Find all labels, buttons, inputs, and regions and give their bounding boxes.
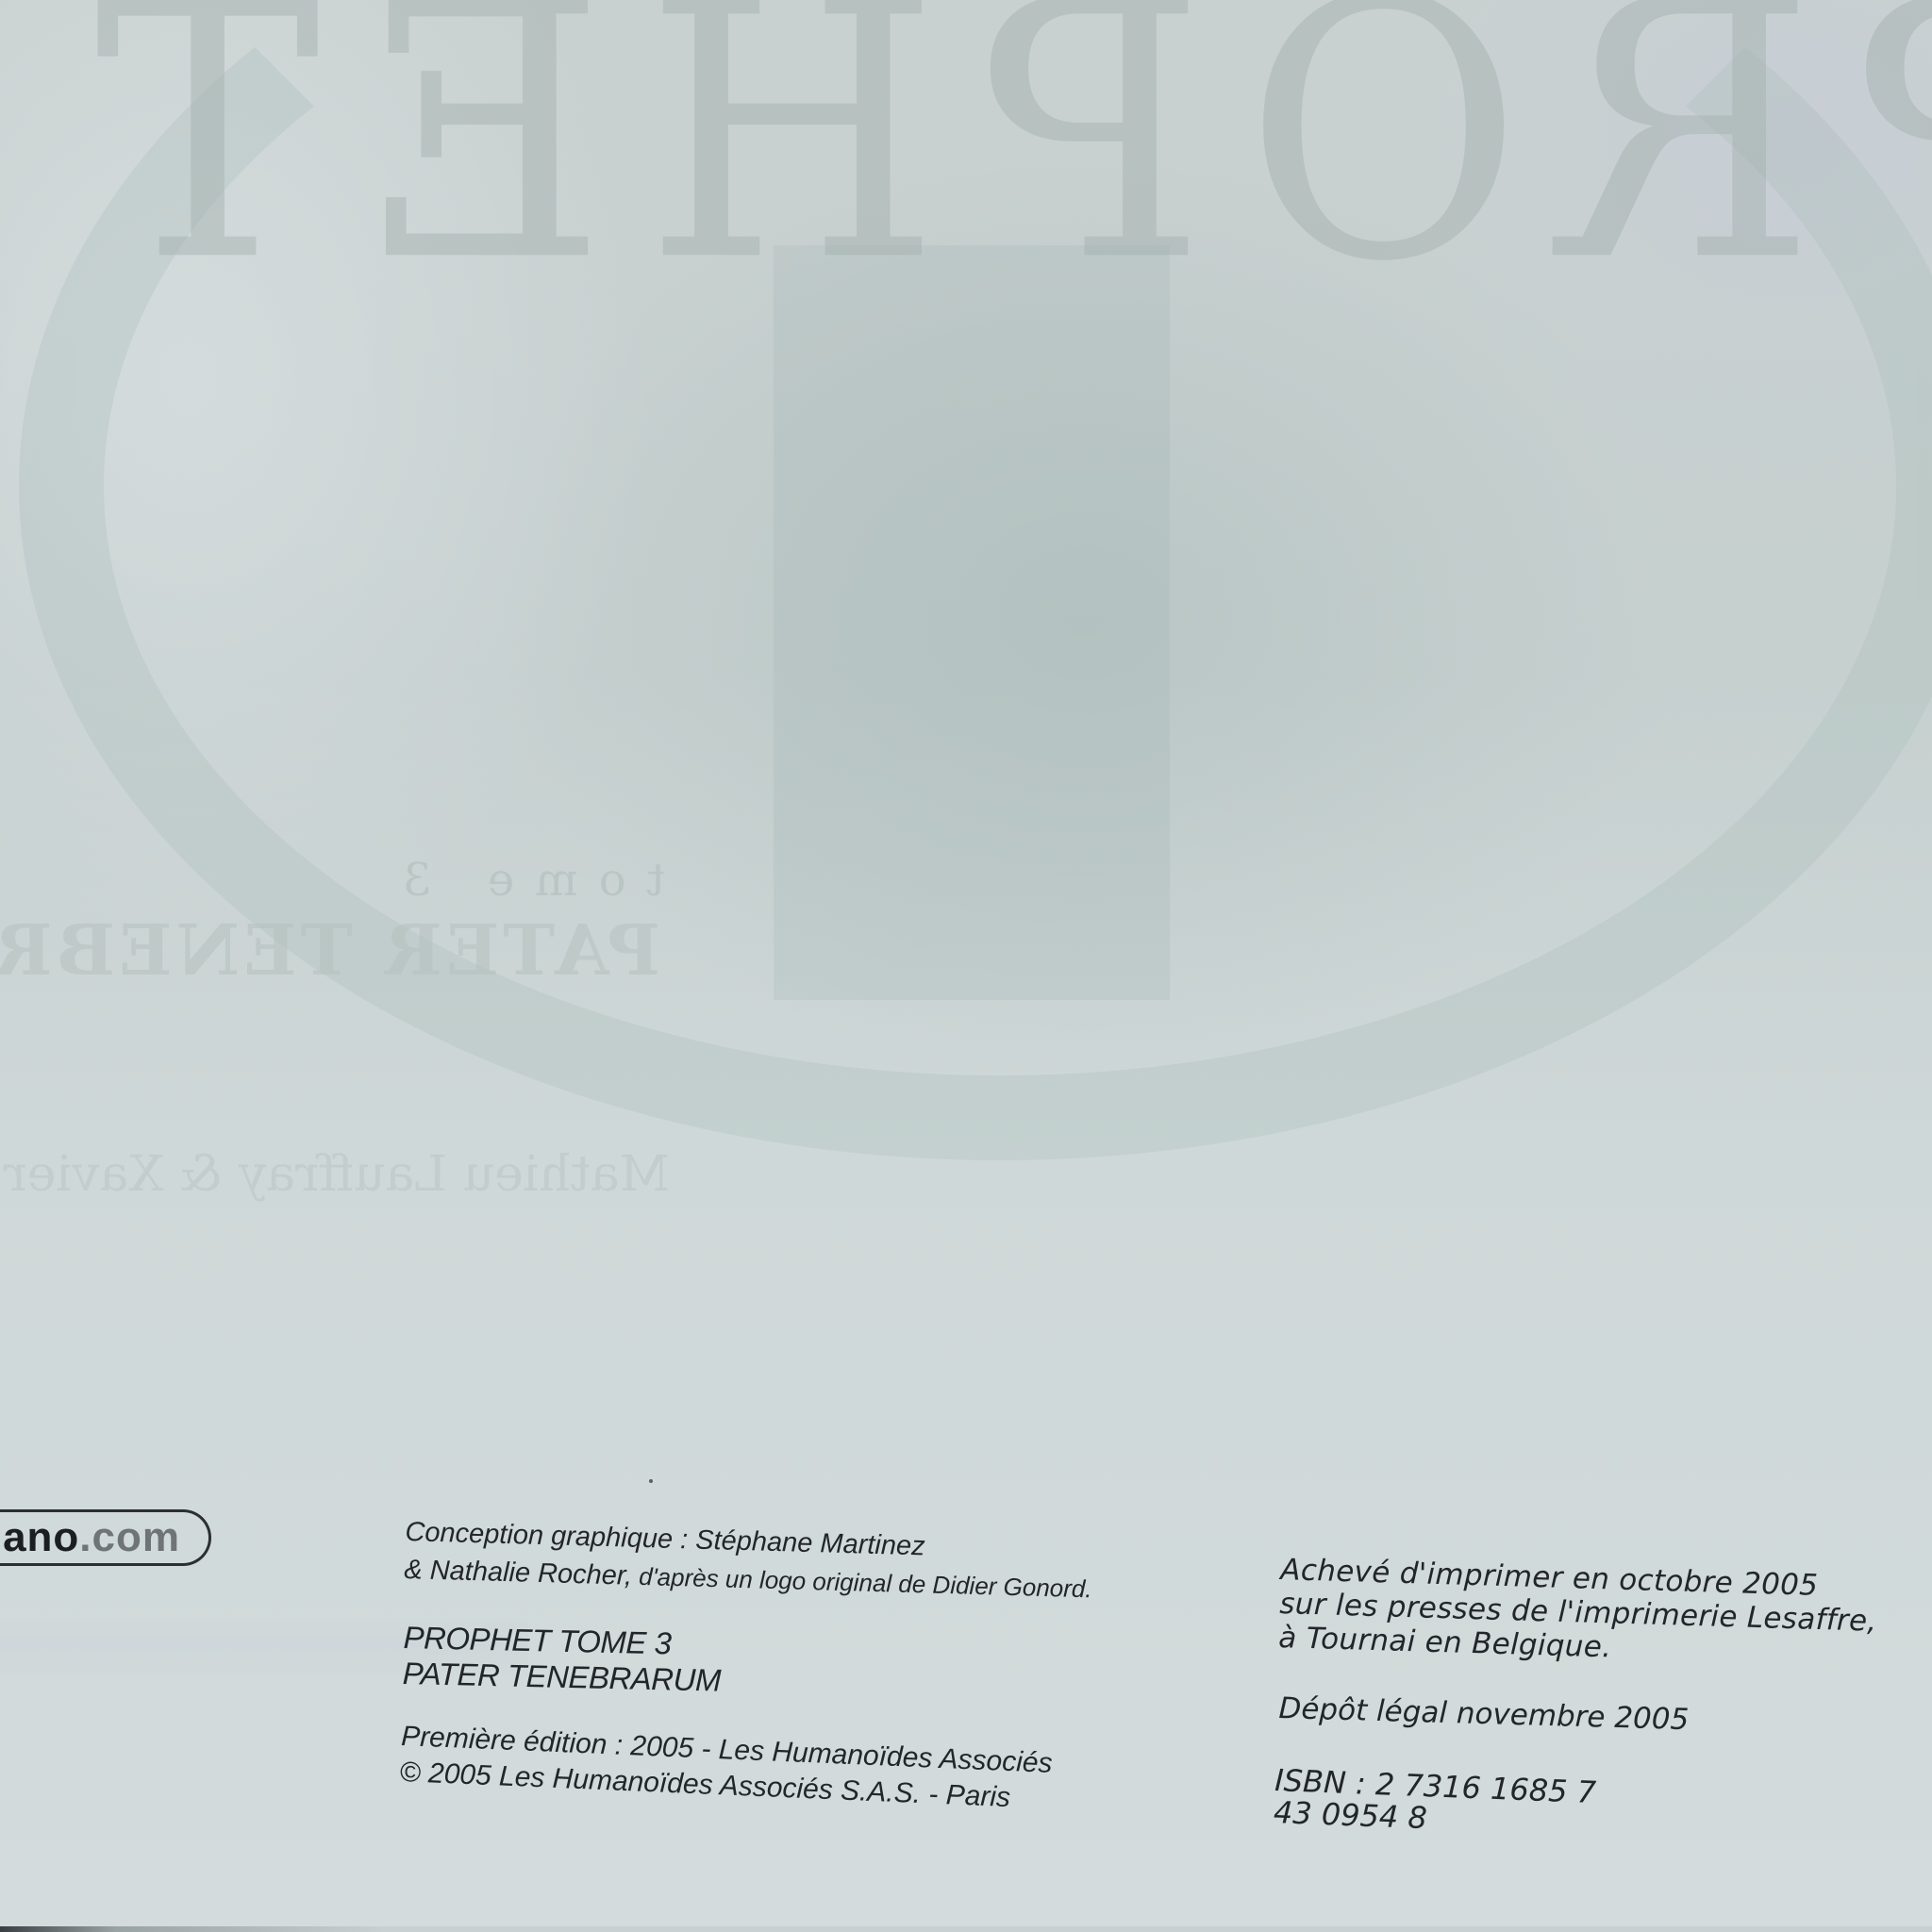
publisher-url-domain: ano: [3, 1514, 79, 1561]
ink-speck: [649, 1479, 653, 1483]
credits-line-2-rest: d'après un logo original de Didier Gonor…: [632, 1562, 1092, 1604]
publisher-url-tld: .com: [79, 1514, 180, 1561]
printing-info: Achevé d'imprimer en octobre 2005 sur le…: [1278, 1553, 1878, 1673]
colophon-page: PROPHET tome 3 PATER TENEBRARUM Mathieu …: [0, 0, 1932, 1932]
credits-line-2-main: & Nathalie Rocher,: [404, 1555, 633, 1591]
publisher-url-badge: ano.com: [0, 1509, 211, 1566]
page-edge-shadow: [0, 1926, 1932, 1932]
bleed-through-title: PROPHET: [57, 0, 1932, 339]
legal-deposit: Dépôt légal novembre 2005: [1278, 1691, 1690, 1737]
book-subtitle: PATER TENEBRARUM: [402, 1656, 721, 1699]
legal-deposit-line: Dépôt légal novembre 2005: [1278, 1691, 1690, 1737]
bleed-through-authors: Mathieu Lauffray & Xavier Dorison: [0, 1146, 670, 1203]
isbn-block: ISBN : 2 7316 1685 7 43 0954 8: [1273, 1764, 1596, 1840]
edition-copyright: Première édition : 2005 - Les Humanoïdes…: [399, 1719, 1053, 1818]
book-title-block: PROPHET TOME 3 PATER TENEBRARUM: [402, 1620, 722, 1699]
bleed-through-subtitle: PATER TENEBRARUM: [0, 910, 660, 991]
bleed-through-tome: tome 3: [382, 854, 665, 907]
design-credits: Conception graphique : Stéphane Martinez…: [404, 1513, 1093, 1607]
bleed-through-pillar: [774, 245, 1170, 1000]
